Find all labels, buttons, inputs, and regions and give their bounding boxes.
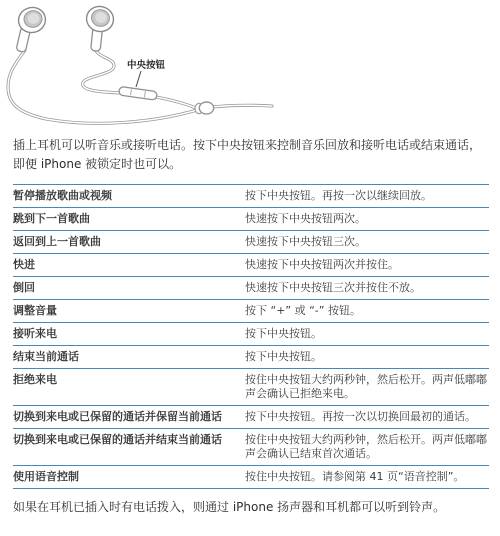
action-cell: 使用语音控制 — [13, 470, 245, 484]
table-row: 跳到下一首歌曲 快速按下中央按钮两次。 — [13, 207, 489, 230]
instruction-cell: 按住中央按钮大约两秒钟，然后松开。两声低嘟嘟声会确认已结束首次通话。 — [245, 433, 489, 461]
action-cell: 快进 — [13, 258, 245, 272]
table-row: 使用语音控制 按住中央按钮。请参阅第 41 页“语音控制”。 — [13, 465, 489, 488]
earphones-illustration: 中央按钮 — [0, 2, 290, 132]
center-button-remote — [119, 86, 158, 100]
table-row: 快进 快速按下中央按钮两次并按住。 — [13, 253, 489, 276]
instruction-cell: 快速按下中央按钮三次。 — [245, 235, 489, 249]
action-cell: 调整音量 — [13, 304, 245, 318]
table-row: 暂停播放歌曲或视频 按下中央按钮。再按一次以继续回放。 — [13, 184, 489, 207]
table-row: 切换到来电或已保留的通话并保留当前通话 按下中央按钮。再按一次以切换回最初的通话… — [13, 405, 489, 428]
left-cable — [8, 50, 197, 123]
action-cell: 接听来电 — [13, 327, 245, 341]
action-cell: 切换到来电或已保留的通话并结束当前通话 — [13, 433, 245, 461]
instruction-cell: 按下中央按钮。再按一次以切换回最初的通话。 — [245, 410, 489, 424]
table-row: 倒回 快速按下中央按钮三次并按住不放。 — [13, 276, 489, 299]
center-button-label: 中央按钮 — [127, 59, 166, 71]
intro-paragraph: 插上耳机可以听音乐或接听电话。按下中央按钮来控制音乐回放和接听电话或结束通话，即… — [13, 136, 487, 174]
action-cell: 跳到下一首歌曲 — [13, 212, 245, 226]
instruction-cell: 按下 “+” 或 “-” 按钮。 — [245, 304, 489, 318]
instruction-cell: 快速按下中央按钮两次并按住。 — [245, 258, 489, 272]
action-cell: 暂停播放歌曲或视频 — [13, 189, 245, 203]
table-row: 结束当前通话 按下中央按钮。 — [13, 345, 489, 368]
table-row: 返回到上一首歌曲 快速按下中央按钮三次。 — [13, 230, 489, 253]
footer-paragraph: 如果在耳机已插入时有电话拨入，则通过 iPhone 扬声器和耳机都可以听到铃声。 — [13, 498, 487, 517]
label-pointer-line — [136, 71, 141, 87]
cable-splitter — [195, 102, 214, 114]
manual-page: 中央按钮 插上耳机可以听音乐或接听电话。按下中央按钮来控制音乐回放和接听电话或结… — [0, 0, 500, 536]
action-cell: 拒绝来电 — [13, 373, 245, 401]
right-earbud — [84, 4, 116, 51]
left-earbud — [16, 5, 48, 53]
instruction-cell: 快速按下中央按钮两次。 — [245, 212, 489, 226]
action-cell: 结束当前通话 — [13, 350, 245, 364]
instruction-cell: 按下中央按钮。再按一次以继续回放。 — [245, 189, 489, 203]
controls-table: 暂停播放歌曲或视频 按下中央按钮。再按一次以继续回放。 跳到下一首歌曲 快速按下… — [13, 184, 489, 489]
table-row: 拒绝来电 按住中央按钮大约两秒钟，然后松开。两声低嘟嘟声会确认已拒绝来电。 — [13, 368, 489, 405]
instruction-cell: 按下中央按钮。 — [245, 350, 489, 364]
action-cell: 倒回 — [13, 281, 245, 295]
instruction-cell: 按住中央按钮。请参阅第 41 页“语音控制”。 — [245, 470, 489, 484]
action-cell: 切换到来电或已保留的通话并保留当前通话 — [13, 410, 245, 424]
instruction-cell: 按下中央按钮。 — [245, 327, 489, 341]
instruction-cell: 快速按下中央按钮三次并按住不放。 — [245, 281, 489, 295]
instruction-cell: 按住中央按钮大约两秒钟，然后松开。两声低嘟嘟声会确认已拒绝来电。 — [245, 373, 489, 401]
table-row: 切换到来电或已保留的通话并结束当前通话 按住中央按钮大约两秒钟，然后松开。两声低… — [13, 428, 489, 465]
table-row: 调整音量 按下 “+” 或 “-” 按钮。 — [13, 299, 489, 322]
table-row: 接听来电 按下中央按钮。 — [13, 322, 489, 345]
action-cell: 返回到上一首歌曲 — [13, 235, 245, 249]
